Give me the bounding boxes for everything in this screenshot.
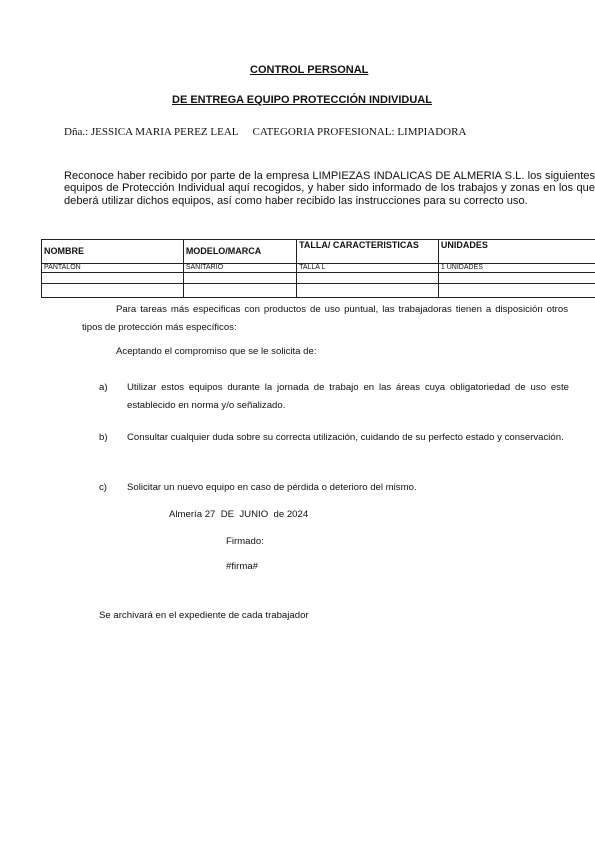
table-header-row: NOMBRE MODELO/MARCA TALLA/ CARACTERISTIC… xyxy=(42,240,595,264)
header-modelo-marca: MODELO/MARCA xyxy=(183,240,296,264)
table-row: PANTALON SANITARIO TALLA L 1 UNIDADES xyxy=(42,264,595,273)
cell-unidades: 1 UNIDADES xyxy=(438,264,595,273)
document-title: CONTROL PERSONAL xyxy=(250,64,368,76)
document-subtitle: DE ENTREGA EQUIPO PROTECCIÓN INDIVIDUAL xyxy=(172,94,432,106)
header-unidades: UNIDADES xyxy=(438,240,595,264)
worker-name: Dña.: JESSICA MARIA PEREZ LEAL xyxy=(64,126,238,138)
cell-modelo xyxy=(183,284,296,298)
specific-protection-paragraph: Para tareas más especificas con producto… xyxy=(82,301,568,337)
header-nombre: NOMBRE xyxy=(42,240,184,264)
cell-unidades xyxy=(438,273,595,284)
accept-paragraph: Aceptando el compromiso que se le solici… xyxy=(116,346,317,357)
worker-info: Dña.: JESSICA MARIA PEREZ LEALCATEGORIA … xyxy=(64,126,466,138)
signature-placeholder: #firma# xyxy=(226,561,258,572)
commitment-item: b) Consultar cualquier duda sobre su cor… xyxy=(99,429,569,447)
cell-unidades xyxy=(438,284,595,298)
commitment-label: c) xyxy=(99,479,107,497)
commitment-label: b) xyxy=(99,429,108,447)
header-talla-caracteristicas: TALLA/ CARACTERISTICAS xyxy=(297,240,439,264)
cell-talla xyxy=(297,273,439,284)
commitment-label: a) xyxy=(99,379,108,397)
place-date: Almería 27 DE JUNIO de 2024 xyxy=(169,509,308,520)
commitment-item: a) Utilizar estos equipos durante la jor… xyxy=(99,379,569,415)
intro-paragraph: Reconoce haber recibido por parte de la … xyxy=(64,170,595,207)
cell-nombre xyxy=(42,273,184,284)
archive-note: Se archivará en el expediente de cada tr… xyxy=(99,610,309,621)
commitment-text: Solicitar un nuevo equipo en caso de pér… xyxy=(127,479,569,497)
cell-nombre xyxy=(42,284,184,298)
specific-protection-text: Para tareas más especificas con producto… xyxy=(82,304,568,333)
signed-label: Firmado: xyxy=(226,536,264,547)
commitment-text: Consultar cualquier duda sobre su correc… xyxy=(127,429,569,447)
ppe-table: NOMBRE MODELO/MARCA TALLA/ CARACTERISTIC… xyxy=(41,239,595,298)
cell-nombre: PANTALON xyxy=(42,264,184,273)
worker-category: CATEGORIA PROFESIONAL: LIMPIADORA xyxy=(252,126,466,138)
cell-modelo: SANITARIO xyxy=(183,264,296,273)
cell-talla xyxy=(297,284,439,298)
cell-modelo xyxy=(183,273,296,284)
table-row xyxy=(42,273,595,284)
commitment-item: c) Solicitar un nuevo equipo en caso de … xyxy=(99,479,569,497)
commitment-text: Utilizar estos equipos durante la jornad… xyxy=(127,379,569,415)
table-row xyxy=(42,284,595,298)
cell-talla: TALLA L xyxy=(297,264,439,273)
